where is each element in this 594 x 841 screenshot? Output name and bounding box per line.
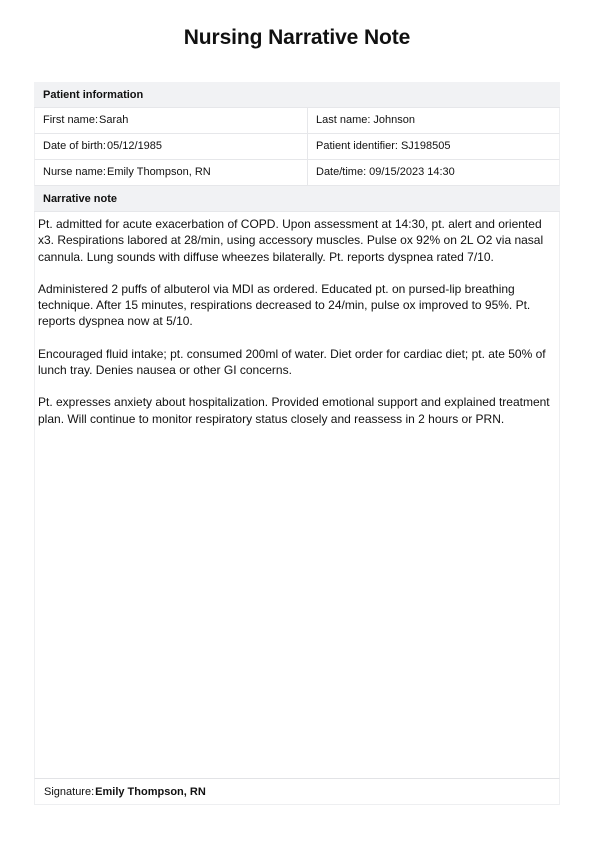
narrative-paragraph: Pt. expresses anxiety about hospitalizat…	[38, 394, 553, 427]
last-name-field[interactable]: Last name:Johnson	[308, 108, 559, 133]
narrative-note-textarea[interactable]: Pt. admitted for acute exacerbation of C…	[34, 212, 560, 779]
narrative-paragraph: Encouraged fluid intake; pt. consumed 20…	[38, 346, 553, 379]
last-name-label: Last name:	[316, 114, 370, 126]
narrative-paragraph: Administered 2 puffs of albuterol via MD…	[38, 281, 553, 330]
patient-identifier-label: Patient identifier:	[316, 140, 398, 152]
narrative-note-header: Narrative note	[34, 186, 560, 212]
nursing-note-form: Patient information First name:Sarah Las…	[34, 82, 560, 805]
info-row-names: First name:Sarah Last name:Johnson	[34, 108, 560, 134]
patient-information-header: Patient information	[34, 82, 560, 108]
first-name-label: First name:	[43, 114, 98, 126]
nurse-name-value: Emily Thompson, RN	[107, 166, 211, 178]
first-name-field[interactable]: First name:Sarah	[35, 108, 308, 133]
signature-field[interactable]: Signature:Emily Thompson, RN	[34, 779, 560, 805]
patient-identifier-value: SJ198505	[401, 140, 451, 152]
first-name-value: Sarah	[99, 114, 128, 126]
narrative-paragraph: Pt. admitted for acute exacerbation of C…	[38, 216, 553, 265]
patient-identifier-field[interactable]: Patient identifier:SJ198505	[308, 134, 559, 159]
date-time-value: 09/15/2023 14:30	[369, 166, 455, 178]
info-row-nurse-datetime: Nurse name:Emily Thompson, RN Date/time:…	[34, 160, 560, 186]
date-time-label: Date/time:	[316, 166, 366, 178]
signature-value: Emily Thompson, RN	[95, 786, 206, 798]
date-of-birth-field[interactable]: Date of birth:05/12/1985	[35, 134, 308, 159]
nurse-name-field[interactable]: Nurse name:Emily Thompson, RN	[35, 160, 308, 185]
nurse-name-label: Nurse name:	[43, 166, 106, 178]
date-time-field[interactable]: Date/time:09/15/2023 14:30	[308, 160, 559, 185]
last-name-value: Johnson	[373, 114, 415, 126]
date-of-birth-value: 05/12/1985	[107, 140, 162, 152]
info-row-identifiers: Date of birth:05/12/1985 Patient identif…	[34, 134, 560, 160]
page-title: Nursing Narrative Note	[0, 26, 594, 50]
date-of-birth-label: Date of birth:	[43, 140, 106, 152]
signature-label: Signature:	[44, 786, 94, 798]
